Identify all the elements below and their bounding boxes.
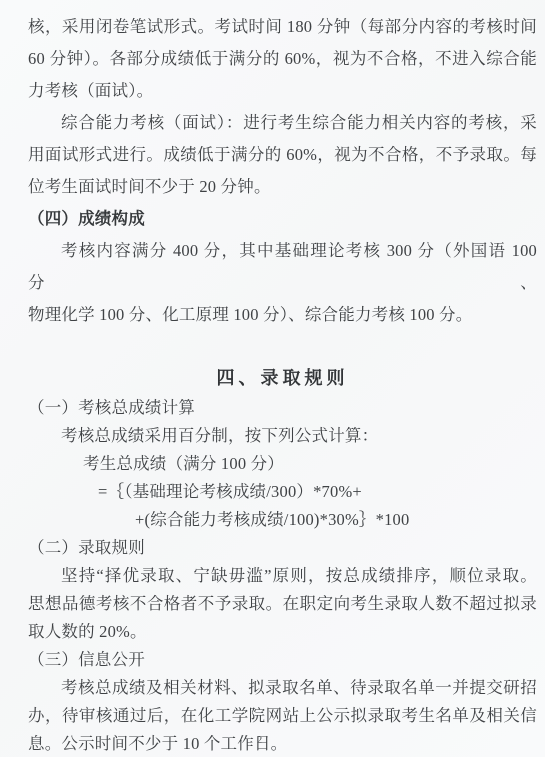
interview-line-3: 位考生面试时间不少于 20 分钟。 (28, 171, 537, 203)
rules-line-3: 取人数的 20%。 (28, 618, 537, 646)
disclosure-line-2: 办，待审核通过后，在化工学院网站上公示拟录取考生名单及相关信 (28, 702, 537, 730)
interview-line-1: 综合能力考核（面试）：进行考生综合能力相关内容的考核，采 (28, 107, 537, 139)
score-composition-line-1: 考核内容满分 400 分，其中基础理论考核 300 分（外国语 100 分、 (28, 235, 537, 299)
calc-intro: 考核总成绩采用百分制，按下列公式计算： (28, 422, 537, 450)
score-composition-heading: （四）成绩构成 (28, 203, 537, 235)
rules-line-2: 思想品德考核不合格者不予录取。在职定向考生录取人数不超过拟录 (28, 590, 537, 618)
disclosure-heading: （三）信息公开 (28, 646, 537, 674)
disclosure-line-1: 考核总成绩及相关材料、拟录取名单、待录取名单一并提交研招 (28, 674, 537, 702)
written-exam-line-2: 60 分钟）。各部分成绩低于满分的 60%，视为不合格，不进入综合能 (28, 43, 537, 75)
document-page: 核，采用闭卷笔试形式。考试时间 180 分钟（每部分内容的考核时间 60 分钟）… (0, 0, 545, 757)
formula-line-2: =｛（基础理论考核成绩/300）*70%+ (28, 478, 537, 506)
written-exam-line-1: 核，采用闭卷笔试形式。考试时间 180 分钟（每部分内容的考核时间 (28, 11, 537, 43)
formula-line-1: 考生总成绩（满分 100 分） (28, 450, 537, 478)
rules-heading: （二）录取规则 (28, 534, 537, 562)
page-number: 2 (0, 734, 519, 746)
written-exam-line-3: 力考核（面试）。 (28, 75, 537, 107)
document-body: 核，采用闭卷笔试形式。考试时间 180 分钟（每部分内容的考核时间 60 分钟）… (0, 0, 545, 757)
interview-line-2: 用面试形式进行。成绩低于满分的 60%，视为不合格，不予录取。每 (28, 139, 537, 171)
calc-heading: （一）考核总成绩计算 (28, 394, 537, 422)
formula-line-3: +(综合能力考核成绩/100)*30%｝*100 (28, 506, 537, 534)
admission-rules-heading: 四、录取规则 (28, 362, 537, 394)
score-composition-line-2: 物理化学 100 分、化工原理 100 分）、综合能力考核 100 分。 (28, 299, 537, 331)
rules-line-1: 坚持“择优录取、宁缺毋滥”原则，按总成绩排序，顺位录取。 (28, 562, 537, 590)
